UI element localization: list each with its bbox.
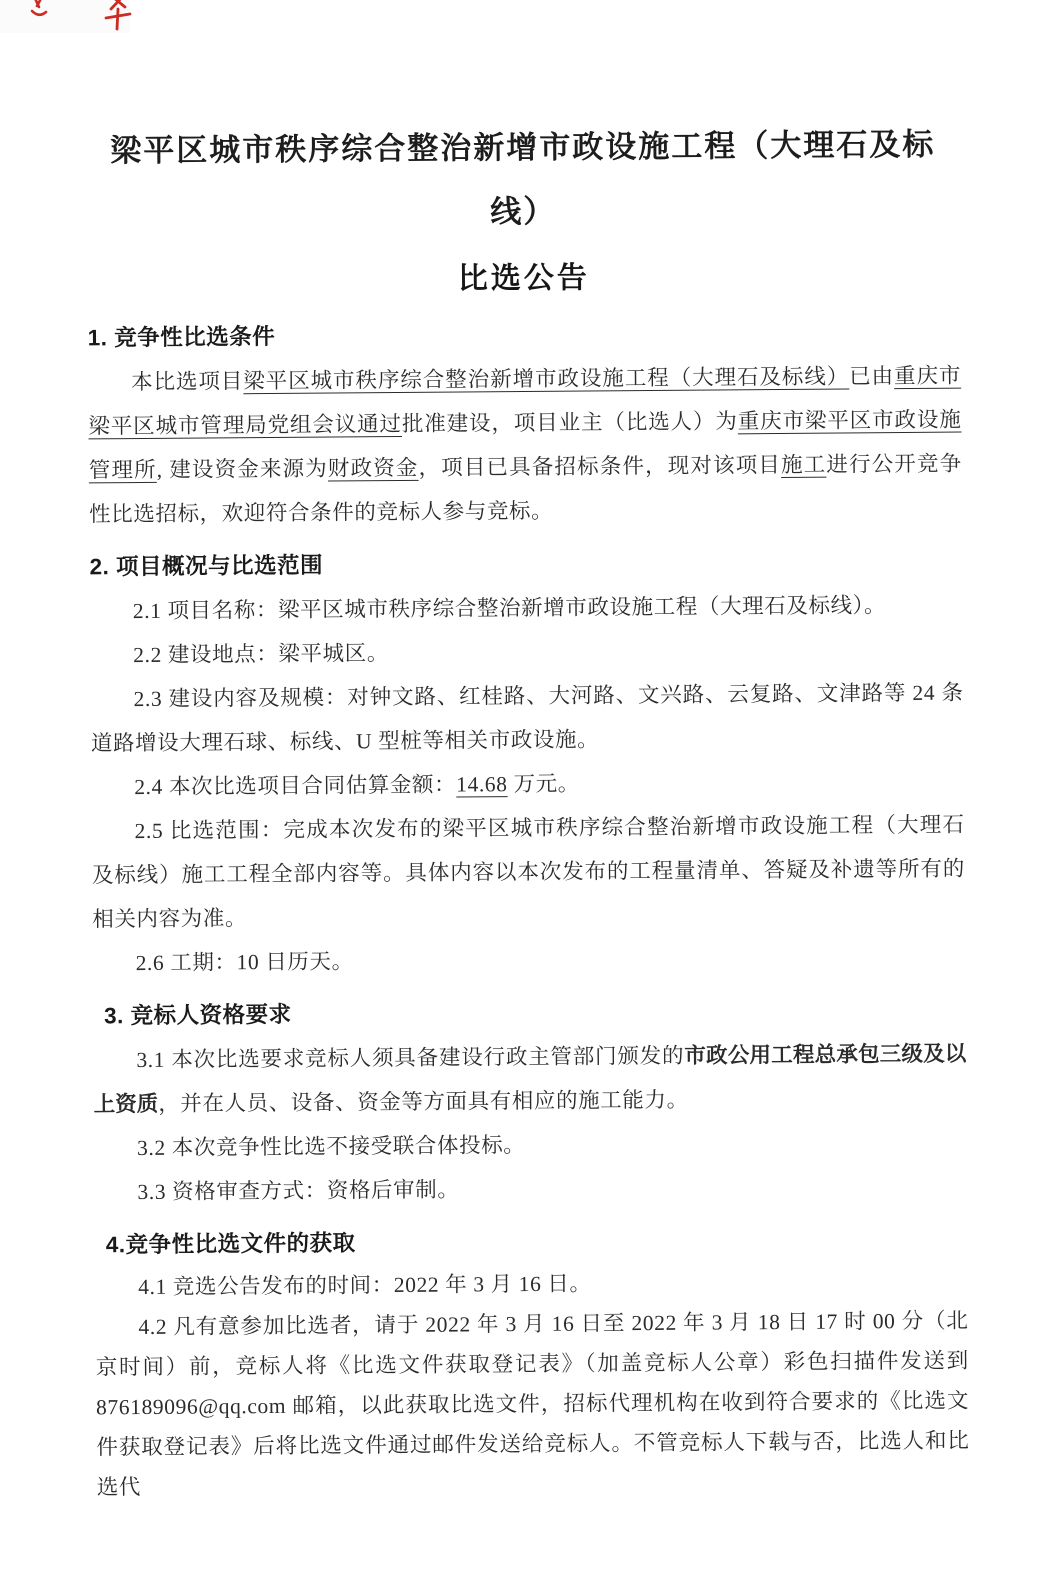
item-2-2: 2.2 建设地点：梁平城区。: [90, 627, 963, 678]
item-4-2: 4.2 凡有意参加比选者，请于 2022 年 3 月 16 日至 2022 年 …: [95, 1301, 970, 1508]
text-run: 梁平区城市秩序综合整治新增市政设施工程（大理石及标线）: [243, 364, 849, 393]
document-subtitle: 比选公告: [87, 251, 960, 308]
item-3-2: 3.2 本次竞争性比选不接受联合体投标。: [94, 1120, 967, 1171]
item-2-4: 2.4 本次比选项目合同估算金额：14.68 万元。: [91, 759, 964, 810]
section-3-heading: 3. 竞标人资格要求: [93, 988, 966, 1039]
text-run: 万元。: [507, 772, 579, 797]
text-run: ，项目已具备招标条件，现对该项目: [418, 453, 781, 480]
text-run: 2.4 本次比选项目合同估算金额：: [134, 773, 456, 800]
item-2-5: 2.5 比选范围：完成本次发布的梁平区城市秩序综合整治新增市政设施工程（大理石及…: [91, 803, 965, 942]
document-title: 梁平区城市秩序综合整治新增市政设施工程（大理石及标 线）: [86, 113, 960, 248]
text-run: , 建设资金来源为: [157, 457, 328, 482]
scan-artifact-shade: [0, 0, 130, 33]
document-content: 梁平区城市秩序综合整治新增市政设施工程（大理石及标 线） 比选公告 1. 竞争性…: [86, 113, 970, 1508]
item-2-6: 2.6 工期：10 日历天。: [92, 935, 965, 986]
text-run: 本比选项目: [131, 369, 243, 394]
document-page: 梁平区城市秩序综合整治新增市政设施工程（大理石及标 线） 比选公告 1. 竞争性…: [0, 0, 1043, 1594]
text-run: 财政资金: [328, 456, 419, 481]
section-1-paragraph: 本比选项目梁平区城市秩序综合整治新增市政设施工程（大理石及标线）已由重庆市梁平区…: [88, 354, 962, 537]
title-line-1: 梁平区城市秩序综合整治新增市政设施工程（大理石及标: [86, 113, 959, 184]
text-run: 3.1 本次比选要求竞标人须具备建设行政主管部门颁发的: [136, 1044, 684, 1072]
text-run: 施工: [781, 453, 827, 477]
text-run: 批准建设，项目业主（比选人）为: [402, 409, 738, 436]
section-1-heading: 1. 竞争性比选条件: [88, 310, 961, 361]
item-3-1: 3.1 本次比选要求竞标人须具备建设行政主管部门颁发的市政公用工程总承包三级及以…: [93, 1032, 967, 1127]
item-4-1: 4.1 竞选公告发布的时间：2022 年 3 月 16 日。: [95, 1261, 968, 1308]
text-run: 已由: [849, 364, 894, 388]
title-line-2: 线）: [87, 177, 960, 248]
text-run: 14.68: [456, 772, 508, 796]
item-2-3: 2.3 建设内容及规模：对钟文路、红桂路、大河路、文兴路、云复路、文津路等 24…: [90, 671, 964, 766]
item-2-1: 2.1 项目名称：梁平区城市秩序综合整治新增市政设施工程（大理石及标线）。: [90, 583, 963, 634]
text-run: ，并在人员、设备、资金等方面具有相应的施工能力。: [158, 1088, 689, 1116]
section-4-heading: 4.竞争性比选文件的获取: [95, 1217, 968, 1268]
section-2-heading: 2. 项目概况与比选范围: [89, 539, 962, 590]
item-3-3: 3.3 资格审查方式：资格后审制。: [94, 1164, 967, 1215]
